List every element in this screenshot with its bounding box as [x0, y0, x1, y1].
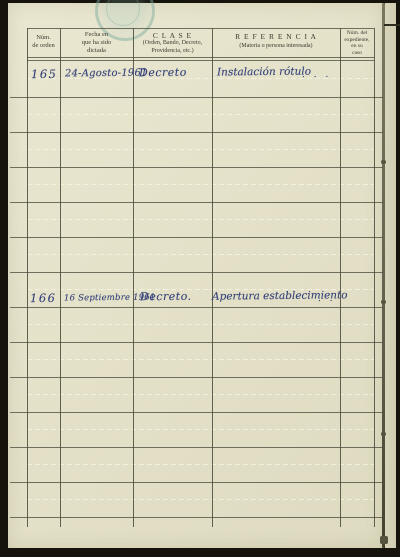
header-bottom-rule	[27, 57, 374, 58]
row-rule	[10, 132, 383, 133]
header-text: Núm.	[27, 34, 60, 42]
row-guide-rule	[27, 149, 374, 150]
header-bottom-rule	[27, 60, 374, 61]
page-edge-nub	[381, 432, 386, 436]
row-guide-rule	[27, 464, 374, 465]
entry-filler-dots: . . .	[302, 70, 331, 80]
column-rule	[212, 28, 213, 527]
page-edge-nub	[381, 160, 386, 164]
row-guide-rule	[27, 499, 374, 500]
header-text: C L A S E	[133, 31, 212, 40]
row-rule	[10, 272, 383, 273]
row-rule	[10, 237, 383, 238]
column-rule	[374, 28, 375, 527]
page-edge-shadow	[382, 3, 385, 548]
entry-clase: Decreto.	[140, 290, 192, 304]
paper-sheet	[8, 3, 383, 548]
header-text: dictada	[60, 47, 133, 55]
header-text: (Materia o persona interesada)	[212, 43, 340, 51]
row-guide-rule	[27, 184, 374, 185]
header-text: en su	[340, 43, 374, 50]
header-text: Núm. del	[340, 30, 374, 37]
header-text: R E F E R E N C I A	[212, 32, 340, 41]
column-header-clase: C L A S E (Orden, Bando, Decreto, Provid…	[133, 31, 212, 55]
row-guide-rule	[27, 254, 374, 255]
column-header-referencia: R E F E R E N C I A (Materia o persona i…	[212, 32, 340, 51]
header-text: Fecha en	[60, 31, 133, 39]
column-rule	[60, 28, 61, 527]
adjacent-page-rule	[384, 24, 400, 26]
header-text: de orden	[27, 42, 60, 50]
entry-filler-dots: . .	[318, 294, 336, 304]
row-guide-rule	[27, 394, 374, 395]
row-rule	[10, 517, 383, 518]
column-rule	[27, 28, 28, 527]
header-text: expediente,	[340, 37, 374, 44]
row-rule	[10, 167, 383, 168]
entry-num: 165	[31, 67, 58, 81]
ink-stamp-inner-ring	[106, 0, 140, 26]
row-guide-rule	[27, 359, 374, 360]
page-edge-nub	[380, 536, 388, 544]
row-rule	[10, 447, 383, 448]
column-header-expediente: Núm. del expediente, en su caso	[340, 30, 374, 56]
scanned-registry-page: { "document": { "kind": "registro de dis…	[0, 0, 400, 557]
page-edge-nub	[381, 300, 386, 304]
entry-clase: Decreto	[139, 66, 187, 79]
row-rule	[10, 202, 383, 203]
column-rule	[340, 28, 341, 527]
column-header-fecha: Fecha en que ha sido dictada	[60, 31, 133, 55]
column-rule	[133, 28, 134, 527]
row-rule	[10, 97, 383, 98]
row-rule	[10, 377, 383, 378]
entry-num: 166	[30, 291, 57, 305]
row-guide-rule	[27, 219, 374, 220]
header-text: (Orden, Bando, Decreto,	[133, 40, 212, 48]
entry-fecha: 24-Agosto-1961	[65, 68, 148, 80]
row-rule	[10, 307, 383, 308]
next-page-edge	[385, 3, 396, 548]
header-text: Providencia, etc.)	[133, 48, 212, 56]
row-rule	[10, 342, 383, 343]
row-rule	[10, 412, 383, 413]
row-guide-rule	[27, 324, 374, 325]
row-guide-rule	[27, 429, 374, 430]
column-header-num-orden: Núm. de orden	[27, 34, 60, 50]
header-text: que ha sido	[60, 39, 133, 47]
header-text: caso	[340, 50, 374, 57]
header-top-rule	[27, 28, 374, 29]
row-rule	[10, 482, 383, 483]
entry-referencia: Instalación rótulo	[217, 66, 311, 79]
row-guide-rule	[27, 114, 374, 115]
